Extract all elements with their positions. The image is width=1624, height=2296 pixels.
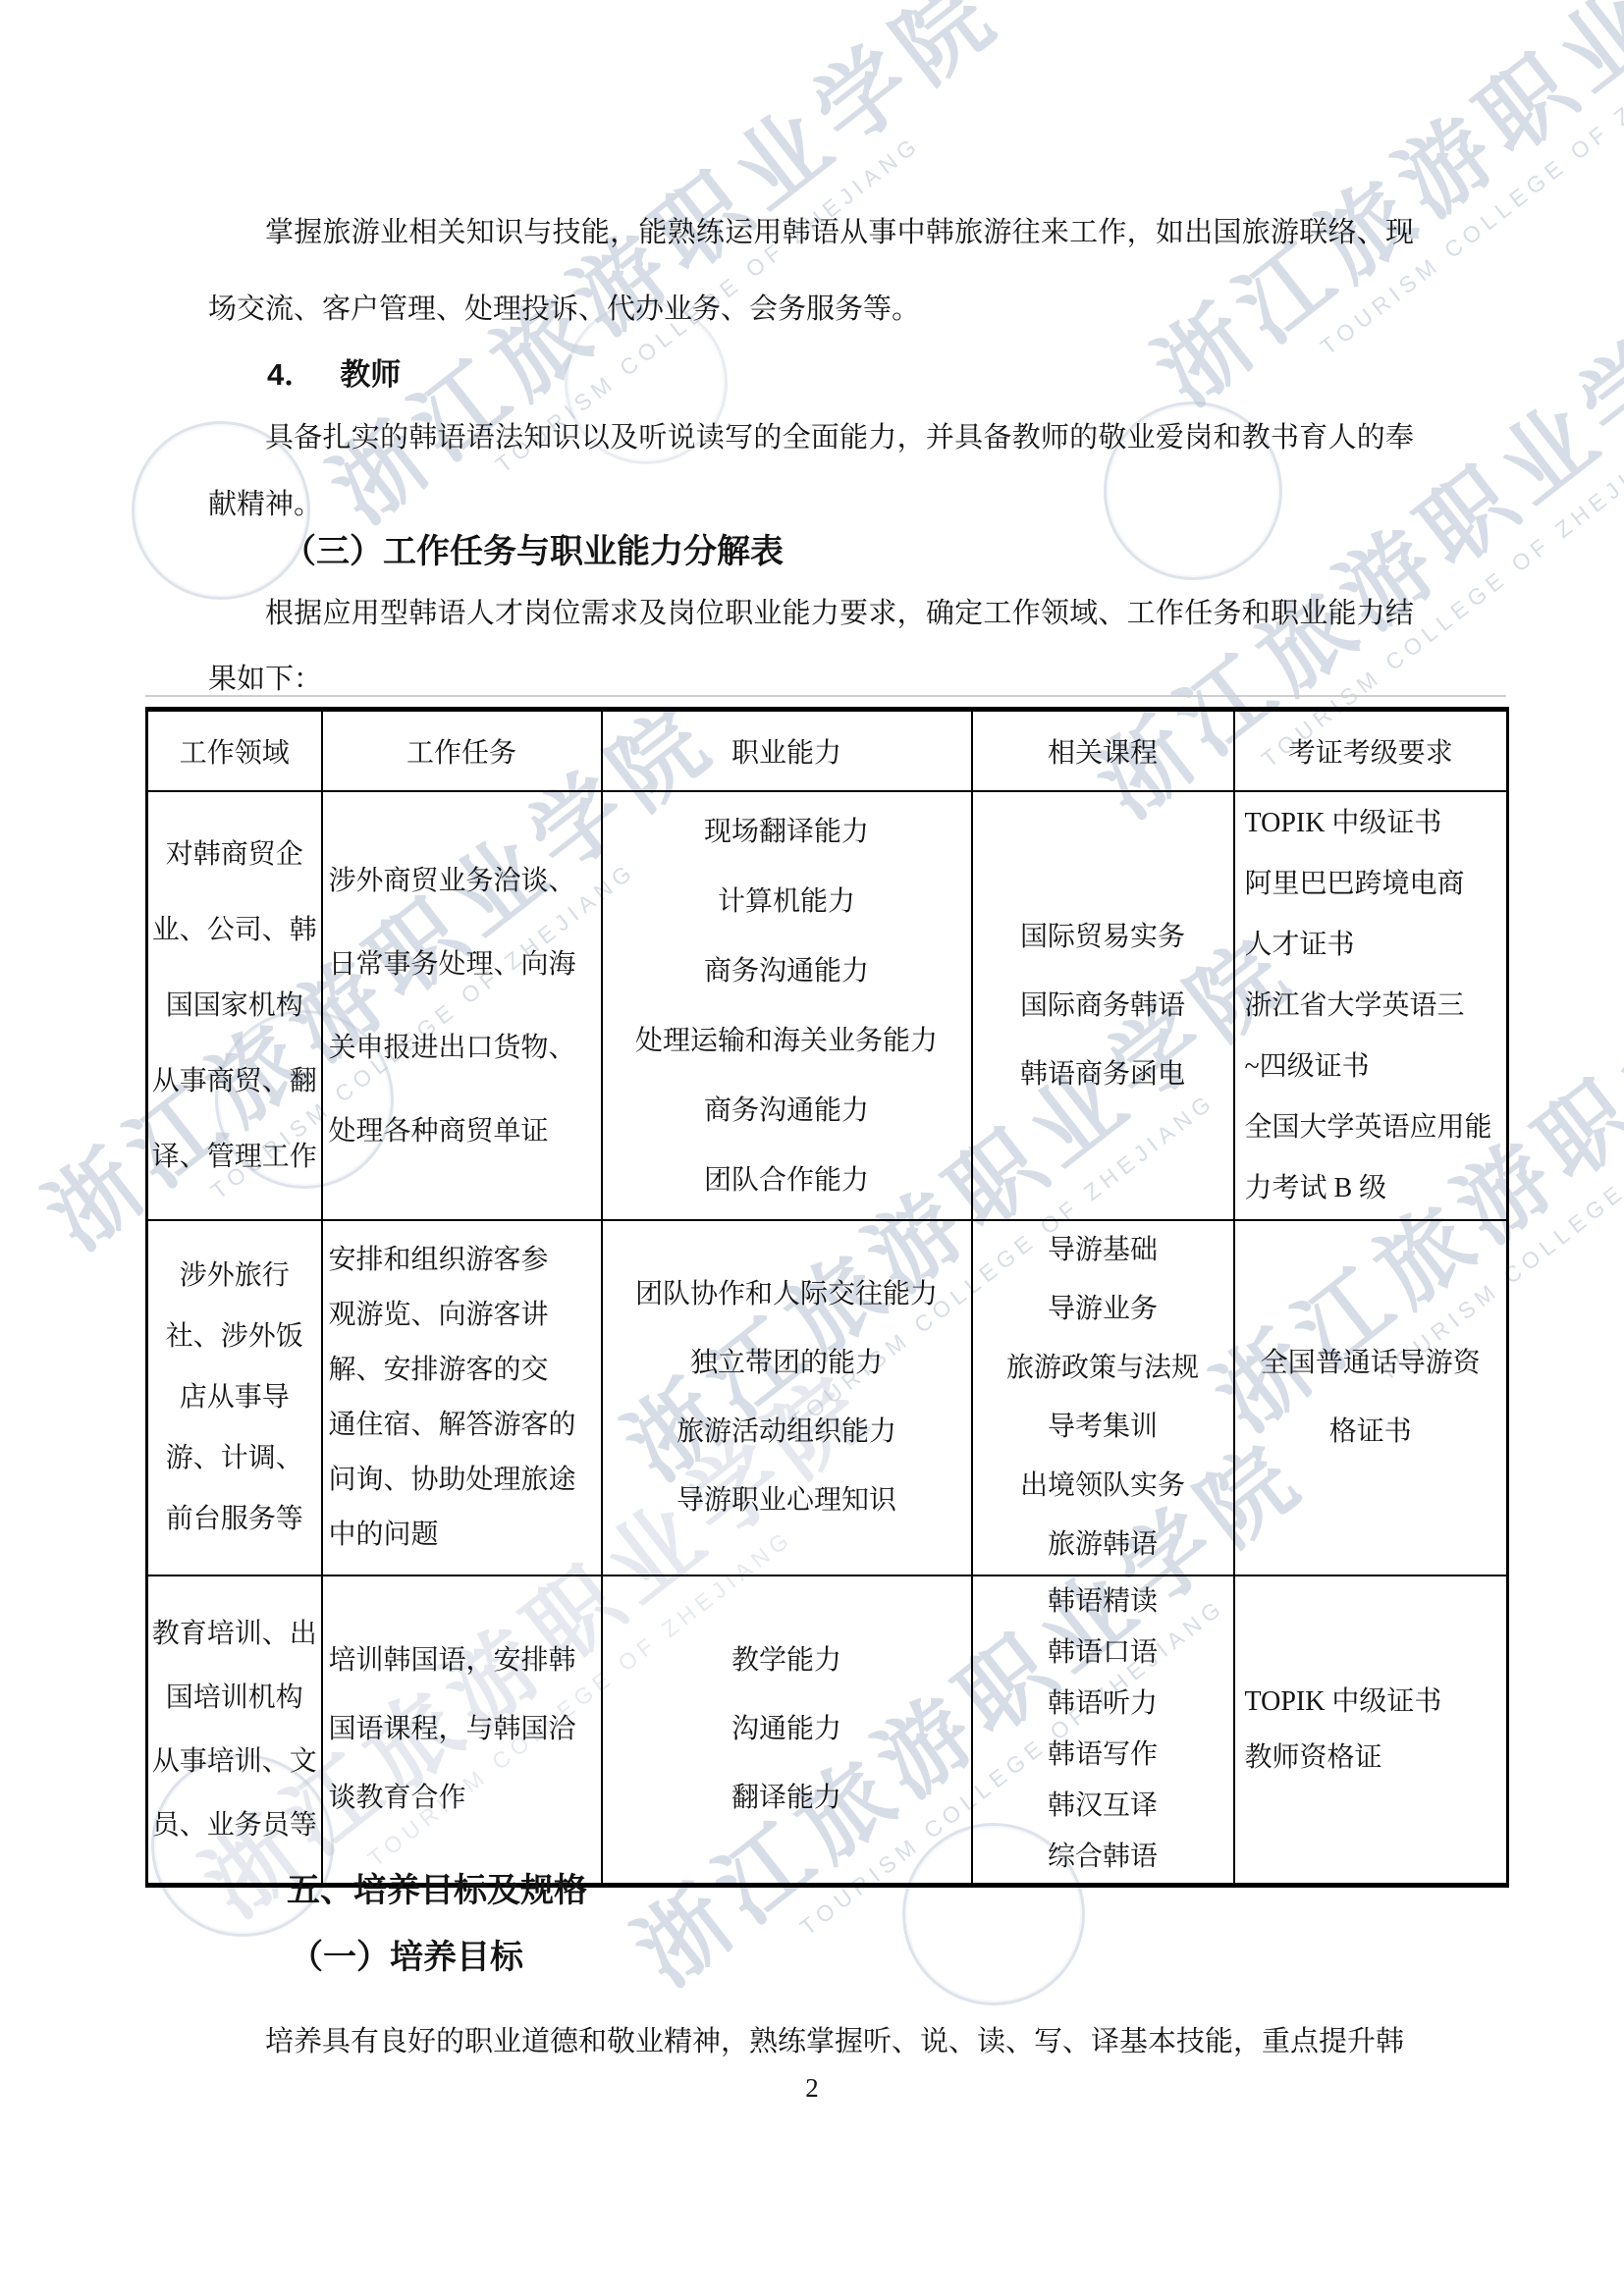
cell-education-domain: 教育培训、出 国培训机构 从事培训、文 员、业务员等: [147, 1575, 322, 1886]
work-task-ability-table: 工作领域 工作任务 职业能力 相关课程 考证考级要求 对韩商贸企 业、公司、韩 …: [145, 707, 1509, 1888]
cell-tourism-domain: 涉外旅行 社、涉外饭 店从事导 游、计调、 前台服务等: [147, 1220, 322, 1575]
heading-section-5: 五、培养目标及规格: [287, 1865, 587, 1916]
cell-trade-tasks: 涉外商贸业务洽谈、 日常事务处理、向海 关申报进出口货物、 处理各种商贸单证: [322, 791, 602, 1220]
cell-education-certificates: TOPIK 中级证书 教师资格证: [1234, 1575, 1508, 1886]
document-page: 浙江旅游职业学院 TOURISM COLLEGE OF ZHEJIANG 浙江旅…: [0, 0, 1624, 2296]
document-content: 掌握旅游业相关知识与技能，能熟练运用韩语从事中韩旅游往来工作，如出国旅游联络、现…: [0, 0, 1624, 2296]
list-item-4-teacher: 4．教师: [267, 346, 401, 404]
cell-tourism-certificates: 全国普通话导游资 格证书: [1234, 1220, 1508, 1575]
list-item-number: 4．: [267, 357, 314, 392]
heading-section-3: （三）工作任务与职业能力分解表: [283, 526, 784, 577]
table-row-education: 教育培训、出 国培训机构 从事培训、文 员、业务员等 培训韩国语，安排韩 国语课…: [147, 1575, 1508, 1886]
column-header-abilities: 职业能力: [602, 710, 972, 792]
cell-tourism-tasks: 安排和组织游客参 观游览、向游客讲 解、安排游客的交 通住宿、解答游客的 问询、…: [322, 1220, 602, 1575]
cell-tourism-courses: 导游基础 导游业务 旅游政策与法规 导考集训 出境领队实务 旅游韩语: [972, 1220, 1234, 1575]
column-header-certificates: 考证考级要求: [1234, 710, 1508, 792]
column-header-work-domain: 工作领域: [147, 710, 322, 792]
paragraph-table-intro: 根据应用型韩语人才岗位需求及岗位职业能力要求，确定工作领域、工作任务和职业能力结…: [208, 581, 1414, 713]
cell-education-abilities: 教学能力 沟通能力 翻译能力: [602, 1575, 972, 1886]
page-number: 2: [0, 2073, 1624, 2104]
column-header-courses: 相关课程: [972, 710, 1234, 792]
cell-education-courses: 韩语精读 韩语口语 韩语听力 韩语写作 韩汉互译 综合韩语: [972, 1575, 1234, 1886]
cell-tourism-abilities: 团队协作和人际交往能力 独立带团的能力 旅游活动组织能力 导游职业心理知识: [602, 1220, 972, 1575]
cell-trade-courses: 国际贸易实务 国际商务韩语 韩语商务函电: [972, 791, 1234, 1220]
cell-education-tasks: 培训韩国语，安排韩 国语课程，与韩国洽 谈教育合作: [322, 1575, 602, 1886]
paragraph-training-goal: 培养具有良好的职业道德和敬业精神，熟练掌握听、说、读、写、译基本技能，重点提升韩: [208, 2004, 1414, 2079]
table-header-row: 工作领域 工作任务 职业能力 相关课程 考证考级要求: [147, 710, 1508, 792]
list-item-title: 教师: [340, 357, 401, 392]
paragraph-teacher-ability: 具备扎实的韩语语法知识以及听说读写的全面能力，并具备教师的敬业爱岗和教书育人的奉…: [208, 404, 1414, 538]
cell-trade-domain: 对韩商贸企 业、公司、韩 国国家机构 从事商贸、翻 译、管理工作: [147, 791, 322, 1220]
table-row-trade: 对韩商贸企 业、公司、韩 国国家机构 从事商贸、翻 译、管理工作 涉外商贸业务洽…: [147, 791, 1508, 1220]
paragraph-tourism-skills: 掌握旅游业相关知识与技能，能熟练运用韩语从事中韩旅游往来工作，如出国旅游联络、现…: [208, 194, 1414, 347]
table-top-rule: [145, 695, 1506, 697]
cell-trade-certificates: TOPIK 中级证书 阿里巴巴跨境电商 人才证书 浙江省大学英语三 ~四级证书 …: [1234, 791, 1508, 1220]
cell-trade-abilities: 现场翻译能力 计算机能力 商务沟通能力 处理运输和海关业务能力 商务沟通能力 团…: [602, 791, 972, 1220]
heading-section-5-1: （一）培养目标: [290, 1932, 523, 1983]
column-header-work-tasks: 工作任务: [322, 710, 602, 792]
table-row-tourism: 涉外旅行 社、涉外饭 店从事导 游、计调、 前台服务等 安排和组织游客参 观游览…: [147, 1220, 1508, 1575]
